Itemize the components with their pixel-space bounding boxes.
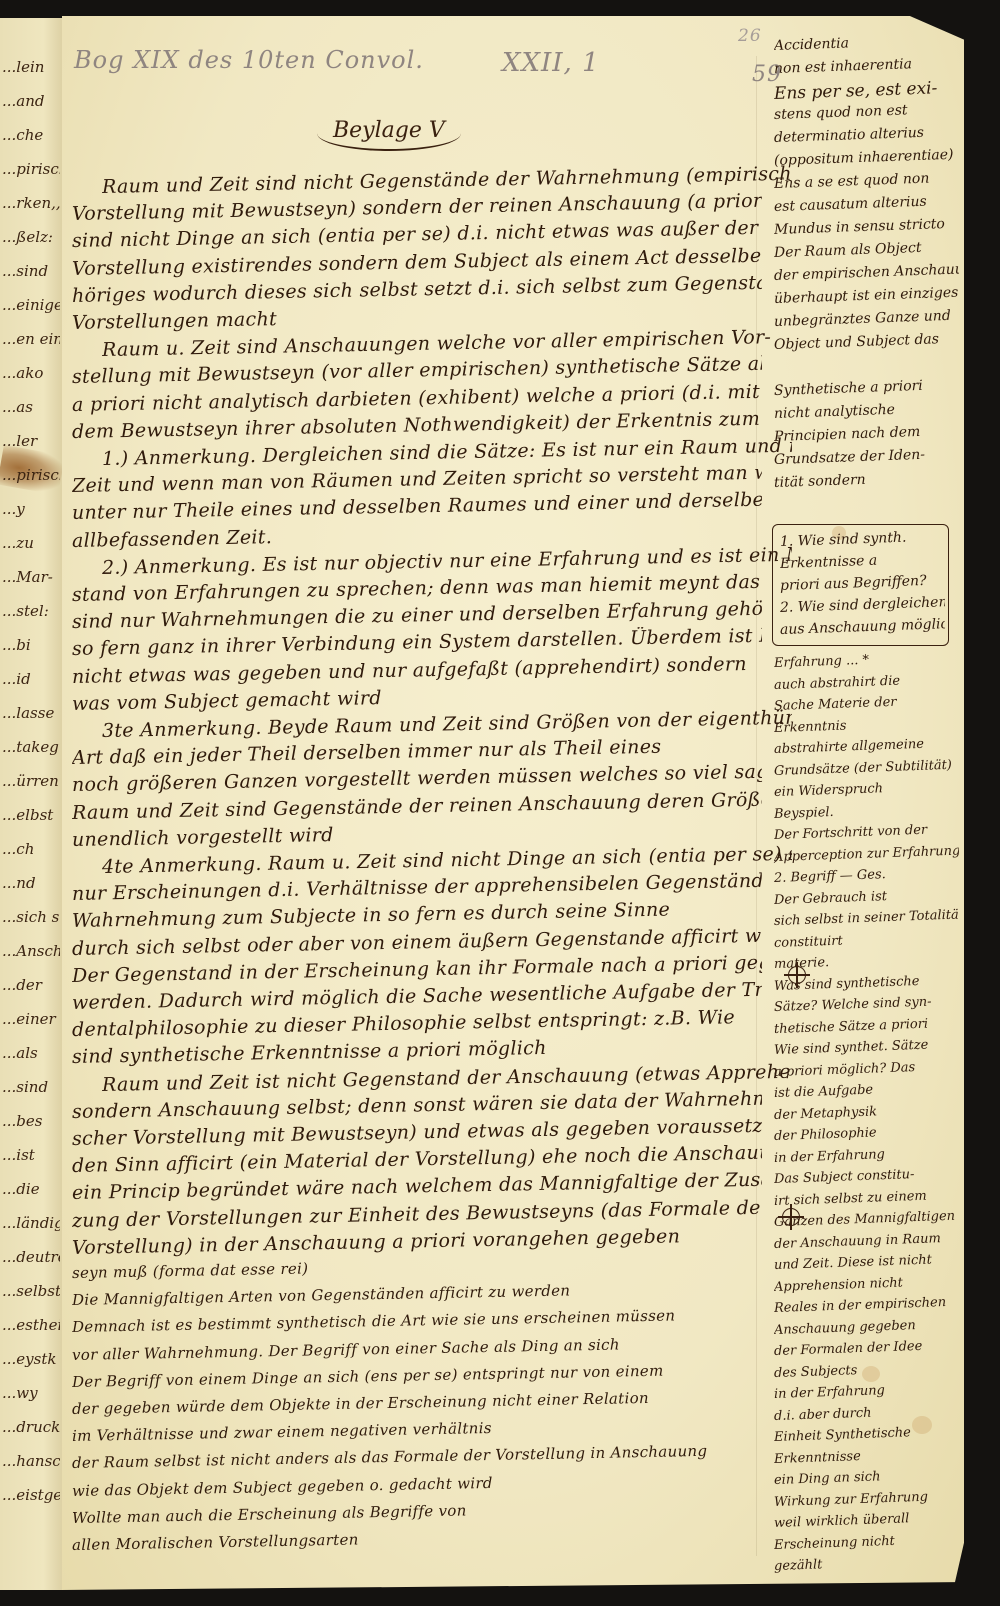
margin-note-line: Principien nach dem xyxy=(774,423,959,445)
margin-note-line: in der Erfahrung xyxy=(774,1144,959,1165)
manuscript-line: Wollte man auch die Erscheinung als Begr… xyxy=(72,1495,772,1526)
facing-page-fragment: ...elbst xyxy=(2,806,60,824)
facing-page-fragment: ...eistgen xyxy=(2,1486,60,1504)
margin-note-line: überhaupt ist ein einziges xyxy=(774,285,959,307)
margin-note-line: ein Ding an sich xyxy=(774,1467,959,1488)
insertion-mark-icon xyxy=(788,966,806,984)
facing-page-fragment: ...druck xyxy=(2,1418,60,1436)
margin-note-line: Erscheinung nicht xyxy=(774,1531,959,1552)
facing-page-fragment: ...estheit xyxy=(2,1316,60,1334)
margin-note-line: Ens a se est quod non xyxy=(774,170,959,192)
background-edge xyxy=(0,1590,1000,1606)
facing-page-fragment: ...Anschau. xyxy=(2,942,60,960)
margin-note-line: Reales in der empirischen xyxy=(774,1295,959,1316)
manuscript-line: allen Moralischen Vorstellungsarten xyxy=(72,1523,772,1554)
margin-note-line: abstrahirte allgemeine xyxy=(774,736,959,757)
margin-note-line: Erkenntnisse xyxy=(774,1445,959,1466)
facing-page-fragment: ...wy xyxy=(2,1384,60,1402)
manuscript-line: der gegeben würde dem Objekte in der Ers… xyxy=(72,1387,772,1418)
margin-note-line: Das Subject constitu- xyxy=(774,1166,959,1187)
margin-note-line: stens quod non est xyxy=(774,101,959,123)
facing-page-fragment: ...der xyxy=(2,976,60,994)
insertion-mark-icon xyxy=(782,1208,800,1226)
facing-page-fragment: ...bes xyxy=(2,1112,60,1130)
margin-note-line: nicht analytische xyxy=(774,400,959,422)
margin-note-line: und Zeit. Diese ist nicht xyxy=(774,1252,959,1273)
margin-note-line: ein Widerspruch xyxy=(774,779,959,800)
facing-page-fragment: ...y xyxy=(2,500,60,518)
facing-page-fragment: ...eystk xyxy=(2,1350,60,1368)
margin-note-line: Apperception zur Erfahrung xyxy=(774,843,959,864)
facing-page-fragment: ...ch xyxy=(2,840,60,858)
margin-note-line: der empirischen Anschauung xyxy=(774,262,959,284)
margin-note-line: Apprehension nicht xyxy=(774,1273,959,1294)
margin-note-line: (oppositum inhaerentiae) xyxy=(774,147,959,169)
facing-page-fragment: ...sich selbst xyxy=(2,908,60,926)
pencil-header-center: XXII, 1 xyxy=(502,48,600,78)
manuscript-line: im Verhältnisse und zwar einem negativen… xyxy=(72,1414,772,1445)
facing-page-fragment: ...zu xyxy=(2,534,60,552)
facing-page-fragment: ...pirischen xyxy=(2,160,60,178)
margin-note-line: der Metaphysik xyxy=(774,1101,959,1122)
margin-note-line: Wie sind synthet. Sätze xyxy=(774,1037,959,1058)
facing-page-fragment: ...lasse xyxy=(2,704,60,722)
facing-page-fragment: ...hanschanlt xyxy=(2,1452,60,1470)
margin-note-line: in der Erfahrung xyxy=(774,1381,959,1402)
facing-page-fragment: ...ländige xyxy=(2,1214,60,1232)
facing-page-fragment: ...lein xyxy=(2,58,60,76)
facing-page-edge: ...lein...and...che...pirischen...rken,,… xyxy=(0,18,63,1590)
margin-note-line: Erfahrung ... * xyxy=(774,650,959,671)
margin-note-line: est causatum alterius xyxy=(774,193,959,215)
margin-note-line: a priori möglich? Das xyxy=(774,1058,959,1079)
facing-page-fragment: ...ßelz: xyxy=(2,228,60,246)
margin-note-line: determinatio alterius xyxy=(774,124,959,146)
margin-note-line: des Subjects xyxy=(774,1359,959,1380)
margin-note-line: constituirt xyxy=(774,929,959,950)
manuscript-line: wie das Objekt dem Subject gegeben o. ge… xyxy=(72,1468,772,1499)
facing-page-fragment: ...and xyxy=(2,92,60,110)
facing-page-fragment: ...sind xyxy=(2,262,60,280)
margin-note-line: thetische Sätze a priori xyxy=(774,1015,959,1036)
margin-note-line: der Anschauung in Raum xyxy=(774,1230,959,1251)
margin-note-line: Ens per se, est exi- xyxy=(774,78,960,104)
facing-page-fragment: ...takeg xyxy=(2,738,60,756)
margin-note-line: ist die Aufgabe xyxy=(774,1080,959,1101)
manuscript-heading: Beylage V xyxy=(317,116,461,151)
facing-page-fragment: ...Mar- xyxy=(2,568,60,586)
facing-page-fragment: ...selbst werden xyxy=(2,1282,60,1300)
margin-note-line: Wirkung zur Erfahrung xyxy=(774,1488,959,1509)
margin-note-line: irt sich selbst zu einem xyxy=(774,1187,959,1208)
margin-note-line: tität sondern xyxy=(774,469,959,491)
facing-page-fragment: ...sind xyxy=(2,1078,60,1096)
manuscript-line: vor aller Wahrnehmung. Der Begriff von e… xyxy=(72,1332,772,1363)
margin-note-line: unbegränztes Ganze und xyxy=(774,308,959,330)
manuscript-page: Bog XIX des 10ten Convol. XXII, 1 26 59 … xyxy=(62,16,964,1590)
pencil-folio-old: 26 xyxy=(738,26,762,46)
margin-note-line: Grundsatze der Iden- xyxy=(774,446,959,468)
facing-page-fragment: ...rken,, xyxy=(2,194,60,212)
margin-note-line: Accidentia xyxy=(774,32,959,54)
manuscript-line: der Raum selbst ist nicht anders als das… xyxy=(72,1441,772,1472)
margin-note-line: non est inhaerentia xyxy=(774,55,959,77)
facing-page-fragment: ...pirische xyxy=(2,466,60,484)
margin-note-line: Sätze? Welche sind syn- xyxy=(774,994,959,1015)
margin-note-line: Anschauung gegeben xyxy=(774,1316,959,1337)
manuscript-line: Der Begriff von einem Dinge an sich (ens… xyxy=(72,1359,772,1390)
margin-note-line: d.i. aber durch xyxy=(774,1402,959,1423)
facing-page-fragment: ...die xyxy=(2,1180,60,1198)
facing-page-fragment: ...als xyxy=(2,1044,60,1062)
margin-note-line: Ganzen des Mannigfaltigen xyxy=(774,1209,959,1230)
margin-note-line: Einheit Synthetische xyxy=(774,1424,959,1445)
facing-page-fragment: ...en ein xyxy=(2,330,60,348)
margin-note-line: der Philosophie xyxy=(774,1123,959,1144)
facing-page-fragment: ...deutre xyxy=(2,1248,60,1266)
margin-note-line: Beyspiel. xyxy=(774,800,959,821)
margin-note-line: auch abstrahirt die xyxy=(774,671,959,692)
facing-page-fragment: ...bi xyxy=(2,636,60,654)
margin-note-line: Mundus in sensu stricto xyxy=(774,216,959,238)
margin-note-line: Der Fortschritt von der xyxy=(774,822,959,843)
manuscript-line: Die Mannigfaltigen Arten von Gegenstände… xyxy=(72,1278,772,1309)
facing-page-fragment: ...nd xyxy=(2,874,60,892)
facing-page-fragment: ...stel: xyxy=(2,602,60,620)
margin-note-line: Erkenntnis xyxy=(774,714,959,735)
margin-note-line: weil wirklich überall xyxy=(774,1510,959,1531)
facing-page-fragment: ...einer xyxy=(2,1010,60,1028)
margin-note-line: 2. Begriff — Ges. xyxy=(774,865,959,886)
pencil-header-left: Bog XIX des 10ten Convol. xyxy=(74,46,424,74)
margin-note-line: sich selbst in seiner Totalität xyxy=(774,908,959,929)
margin-note-line: gezählt xyxy=(774,1553,959,1574)
margin-note-line: Synthetische a priori xyxy=(774,377,959,399)
facing-page-fragment: ...ler xyxy=(2,432,60,450)
facing-page-fragment: ...ako xyxy=(2,364,60,382)
margin-note-line: Grundsätze (der Subtilität) xyxy=(774,757,959,778)
margin-note-line xyxy=(774,354,959,360)
margin-note-line: Der Raum als Object xyxy=(774,239,959,261)
margin-note-line: der Formalen der Idee xyxy=(774,1338,959,1359)
margin-note-line: Object und Subject das xyxy=(774,331,959,353)
margin-note-line: Der Gebrauch ist xyxy=(774,886,959,907)
facing-page-fragment: ...che xyxy=(2,126,60,144)
facing-page-fragment: ...as xyxy=(2,398,60,416)
margin-note-line: Sache Materie der xyxy=(774,693,959,714)
facing-page-fragment: ...id xyxy=(2,670,60,688)
facing-page-fragment: ...einigen xyxy=(2,296,60,314)
manuscript-line: Demnach ist es bestimmt synthetisch die … xyxy=(72,1305,772,1336)
facing-page-fragment: ...ist xyxy=(2,1146,60,1164)
facing-page-fragment: ...ürren xyxy=(2,772,60,790)
